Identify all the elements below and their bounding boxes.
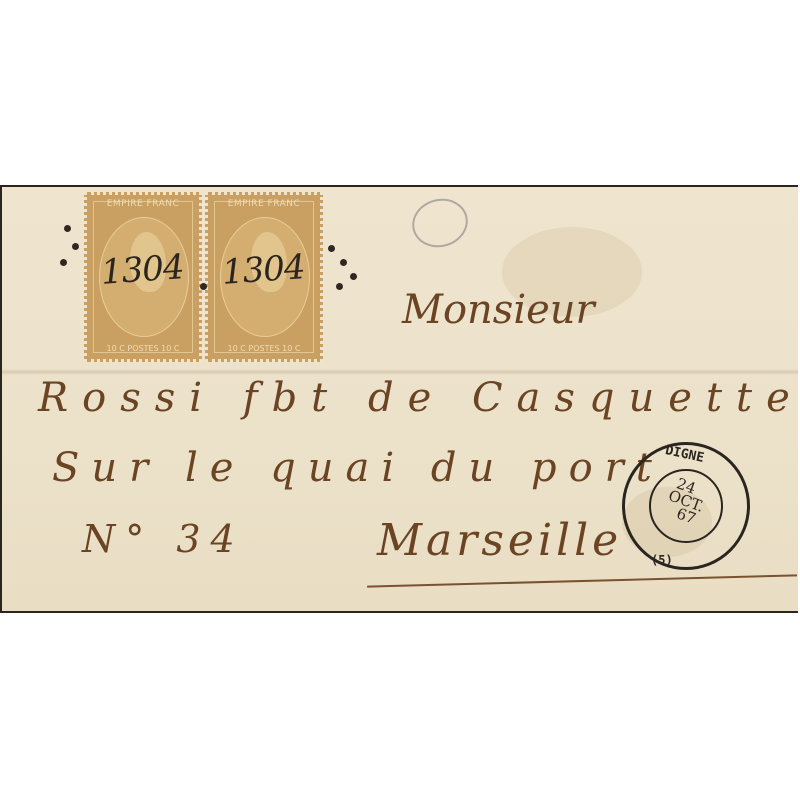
stamp-left: EMPIRE FRANC 10 C POSTES 10 C 1304 xyxy=(84,192,202,362)
stamp-top-text: EMPIRE FRANC xyxy=(208,199,320,209)
cancel-dot xyxy=(350,273,357,280)
address-line-1: Rossi fbt de Casquette xyxy=(38,375,800,421)
cancel-dot xyxy=(336,283,343,290)
stamp-bottom-text: 10 C POSTES 10 C xyxy=(87,344,199,353)
address-number: N° 34 xyxy=(82,517,245,561)
address-city: Marseille xyxy=(377,515,622,566)
stamp-top-text: EMPIRE FRANC xyxy=(87,199,199,209)
envelope-cover: EMPIRE FRANC 10 C POSTES 10 C 1304 EMPIR… xyxy=(0,185,798,613)
numeral-cancel: 1304 xyxy=(100,247,185,293)
cancel-dot xyxy=(340,259,347,266)
postmark-town: DIGNE xyxy=(664,443,705,466)
stamp-bottom-text: 10 C POSTES 10 C xyxy=(208,344,320,353)
postmark-department: (5) xyxy=(651,553,673,567)
cancel-dot xyxy=(60,259,67,266)
numeral-cancel: 1304 xyxy=(221,247,306,293)
stamp-right: EMPIRE FRANC 10 C POSTES 10 C 1304 xyxy=(205,192,323,362)
cancel-dot xyxy=(72,243,79,250)
city-underline xyxy=(367,574,797,587)
address-line-2: Sur le quai du port xyxy=(52,445,664,491)
cancel-dot xyxy=(200,283,207,290)
cancel-dot xyxy=(328,245,335,252)
salutation-text: Monsieur xyxy=(402,287,595,333)
pencil-mark xyxy=(407,193,474,254)
cancel-dot xyxy=(64,225,71,232)
postmark-inner-circle: 24 OCT. 67 xyxy=(649,469,723,543)
dater-postmark: DIGNE 24 OCT. 67 (5) xyxy=(622,442,750,570)
